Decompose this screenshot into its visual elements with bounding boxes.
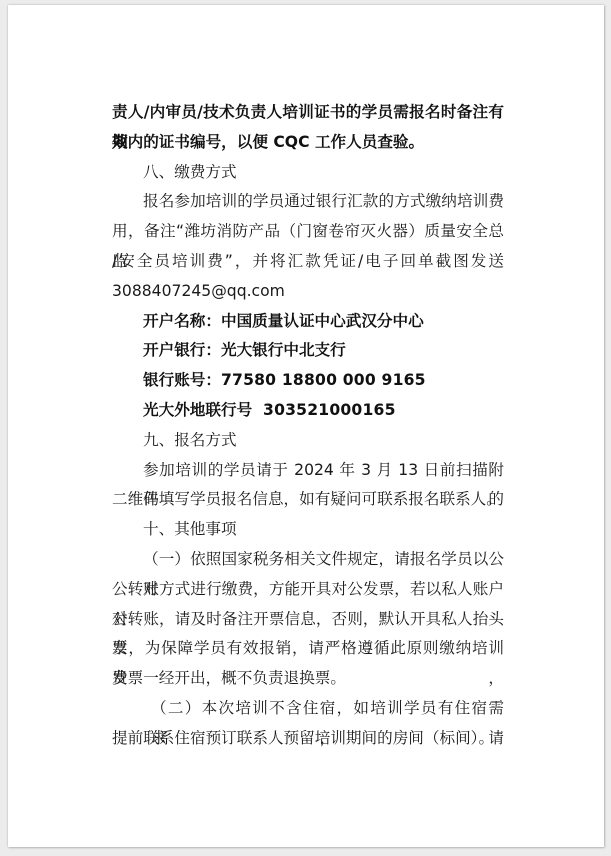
- account-name-label: 开户名称：: [143, 312, 221, 330]
- bank-account-value: 77580 18800 000 9165: [221, 371, 426, 389]
- registration-text-line-2: 二维码填写学员报名信息，如有疑问可联系报名联系人。: [112, 485, 504, 515]
- registration-text-line-1: 参加培训的学员请于 2024 年 3 月 13 日前扫描附件的: [112, 456, 504, 486]
- bank-code-value: 303521000165: [263, 401, 396, 419]
- section-heading-other: 十、其他事项: [112, 515, 504, 545]
- bank-branch-value: 光大银行中北支行: [221, 341, 346, 359]
- bank-code-label: 光大外地联行号: [143, 401, 252, 419]
- bank-branch-row: 开户银行：光大银行中北支行: [112, 336, 504, 366]
- document-page: 责人/内审员/技术负责人培训证书的学员需报名时备注有效 期内的证书编号，以便 C…: [8, 5, 604, 847]
- bank-account-row: 银行账号：77580 18800 000 9165: [112, 366, 504, 396]
- section-heading-registration: 九、报名方式: [112, 426, 504, 456]
- invoice-text-line-3: 公转账，请及时备注开票信息，否则，默认开具私人抬头发: [112, 605, 504, 635]
- payment-text-line-1: 报名参加培训的学员通过银行汇款的方式缴纳培训费: [112, 187, 504, 217]
- payment-email: 3088407245@qq.com: [112, 277, 504, 307]
- bank-account-label: 银行账号：: [143, 371, 221, 389]
- payment-text-line-3: /安全员培训费”，并将汇款凭证/电子回单截图发送: [112, 247, 504, 277]
- payment-text-line-2: 用，备注“潍坊消防产品（门窗卷帘灭火器）质量安全总监: [112, 217, 504, 247]
- lodging-text-line-2: 提前联系住宿预订联系人预留培训期间的房间（标间）。: [112, 724, 504, 754]
- certificate-note-line-2: 期内的证书编号，以便 CQC 工作人员查验。: [112, 128, 504, 158]
- document-body: 责人/内审员/技术负责人培训证书的学员需报名时备注有效 期内的证书编号，以便 C…: [112, 98, 504, 754]
- invoice-text-line-4: 票，为保障学员有效报销，请严格遵循此原则缴纳培训费，: [112, 634, 504, 664]
- lodging-text-line-1: （二）本次培训不含住宿，如培训学员有住宿需求，请: [112, 694, 504, 724]
- invoice-text-line-1: （一）依照国家税务相关文件规定，请报名学员以公对: [112, 545, 504, 575]
- section-heading-payment: 八、缴费方式: [112, 158, 504, 188]
- bank-branch-label: 开户银行：: [143, 341, 221, 359]
- account-name-row: 开户名称：中国质量认证中心武汉分中心: [112, 307, 504, 337]
- certificate-note-line-1: 责人/内审员/技术负责人培训证书的学员需报名时备注有效: [112, 98, 504, 128]
- bank-code-row: 光大外地联行号 303521000165: [112, 396, 504, 426]
- invoice-text-line-2: 公转账方式进行缴费，方能开具对公发票，若以私人账户对: [112, 575, 504, 605]
- account-name-value: 中国质量认证中心武汉分中心: [221, 312, 424, 330]
